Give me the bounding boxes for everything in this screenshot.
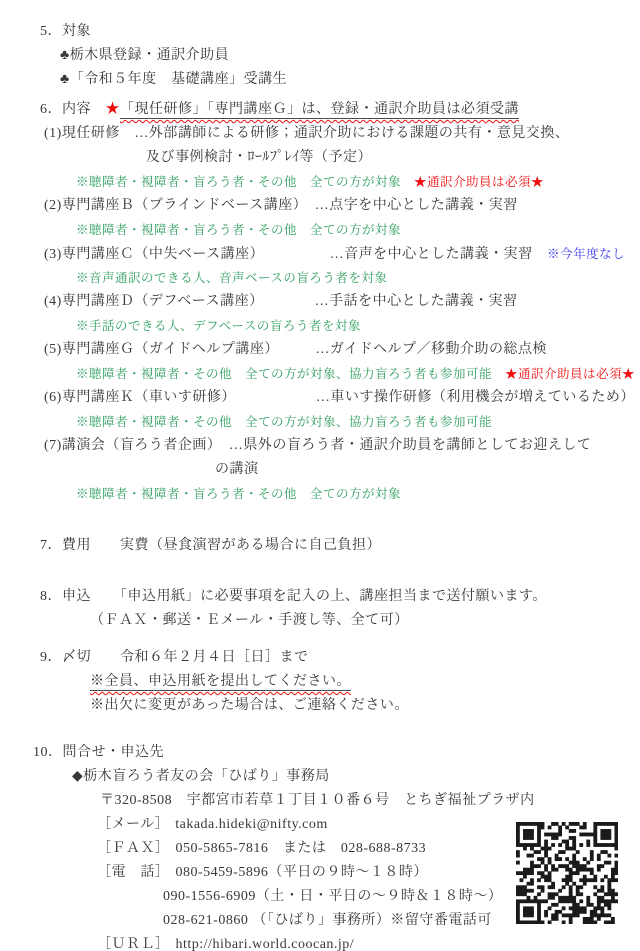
course-item-7-note: ※聴障者・視障者・盲ろう者・その他 全ての方が対象 [0,482,640,506]
section9-note2: ※出欠に変更があった場合は、ご連絡ください。 [0,694,640,718]
tel-value-1: 080-5459-5896（平日の９時～１８時） [176,865,428,880]
qr-code [516,822,618,924]
course-item-3-note: ※音声通訳のできる人、音声ベースの盲ろう者を対象 [0,266,640,290]
required-star-icon: ★ [106,102,121,117]
section9-line1: 9．〆切 令和６年２月４日［日］まで [0,646,640,670]
course-item-2: (2)専門講座Ｂ（ブラインドベース講座） …点字を中心とした講義・実習 [0,194,640,218]
course-item-2-note: ※聴障者・視障者・盲ろう者・その他 全ての方が対象 [0,218,640,242]
course-item-6-note: ※聴障者・視障者・その他 全ての方が対象、協力盲ろう者も参加可能 [0,410,640,434]
course-item-1-cont: 及び事例検討・ﾛｰﾙﾌﾟﾚｲ等（予定） [0,146,640,170]
course-item-7: (7)講演会（盲ろう者企画） …県外の盲ろう者・通訳介助員を講師としてお迎えして [0,434,640,458]
fax-value: 050-5865-7816 または 028-688-8733 [176,841,427,856]
required-note: ★通訳介助員は必須★ [505,367,635,381]
section6-heading-prefix: 6．内容 [40,102,106,117]
course-item-4-note: ※手話のできる人、デフベースの盲ろう者を対象 [0,314,640,338]
course-item-7-cont: の講演 [0,458,640,482]
url-label: ［ＵＲＬ］ [97,937,170,951]
email-value: takada.hideki@nifty.com [175,817,328,832]
org-name: ◆栃木盲ろう者友の会「ひばり」事務局 [0,765,640,789]
url-line: ［ＵＲＬ］http://hibari.world.coocan.jp/ [0,933,640,951]
document-page: 5．対象 ♣栃木県登録・通訳介助員 ♣「令和５年度 基礎講座」受講生 6．内容 … [0,0,640,951]
url-value: http://hibari.world.coocan.jp/ [176,937,355,951]
section8-line1: 8．申込 「申込用紙」に必要事項を記入の上、講座担当まで送付願います。 [0,585,640,609]
course-item-5: (5)専門講座Ｇ（ガイドヘルプ講座） …ガイドヘルプ／移動介助の総点検 [0,338,640,362]
section8-line2: （ＦＡＸ・郵送・Ｅメール・手渡し等、全て可） [0,609,640,633]
course-item-6: (6)専門講座Ｋ（車いす研修） …車いす操作研修（利用機会が増えているため） [0,386,640,410]
section6-heading-underlined: 「現任研修」「専門講座Ｇ」は、登録・通訳介助員は必須受講 [120,102,519,119]
tel-label: ［電 話］ [97,865,170,880]
required-note: ★通訳介助員は必須★ [414,175,544,189]
section7-line: 7．費用 実費（昼食演習がある場合に自己負担） [0,534,640,558]
fax-label: ［ＦＡＸ］ [97,841,170,856]
course-item-1-note: ※聴障者・視障者・盲ろう者・その他 全ての方が対象 ★通訳介助員は必須★ [0,170,640,194]
org-address: 〒320-8508 宇都宮市若草１丁目１０番６号 とちぎ福祉プラザ内 [0,789,640,813]
course-item-5-note: ※聴障者・視障者・その他 全ての方が対象、協力盲ろう者も参加可能 ★通訳介助員は… [0,362,640,386]
section9-note1: ※全員、申込用紙を提出してください。 [0,670,640,694]
course-item-1: (1)現任研修 …外部講師による研修；通訳介助における課題の共有・意見交換、 [0,122,640,146]
email-label: ［メール］ [97,817,169,832]
target-item-2: ♣「令和５年度 基礎講座」受講生 [0,68,640,92]
not-this-year-flag: ※今年度なし [547,247,625,261]
section5-heading: 5．対象 [0,20,640,44]
section6-heading: 6．内容 ★「現任研修」「専門講座Ｇ」は、登録・通訳介助員は必須受講 [0,98,640,122]
target-item-1: ♣栃木県登録・通訳介助員 [0,44,640,68]
course-item-3: (3)専門講座Ｃ（中失ベース講座） …音声を中心とした講義・実習 ※今年度なし [0,242,640,266]
course-item-4: (4)専門講座Ｄ（デフベース講座） …手話を中心とした講義・実習 [0,290,640,314]
section10-heading: 10．問合せ・申込先 [0,741,640,765]
